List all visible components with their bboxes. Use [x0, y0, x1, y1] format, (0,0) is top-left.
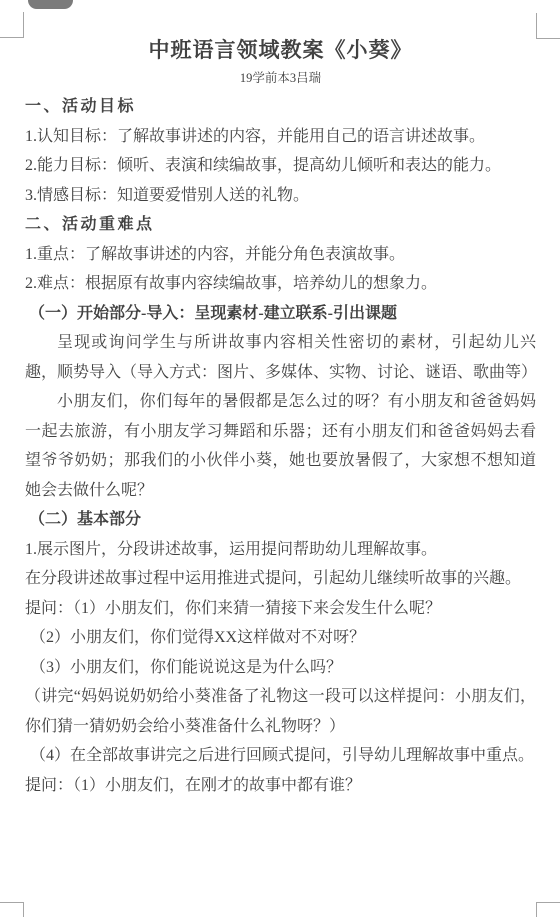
- subsection-heading-intro: （一）开始部分-导入：呈现素材-建立联系-引出课题: [25, 299, 536, 329]
- scan-artifact-pill: [28, 0, 73, 9]
- goal-cognitive: 1.认知目标：了解故事讲述的内容，并能用自己的语言讲述故事。: [25, 122, 536, 152]
- subsection-heading-main-part: （二）基本部分: [25, 505, 536, 535]
- crop-mark-bottom-right: [536, 902, 560, 917]
- doc-author: 19学前本3吕瑞: [25, 66, 536, 90]
- document-page: 中班语言领域教案《小葵》 19学前本3吕瑞 一、活动目标 1.认知目标：了解故事…: [0, 0, 560, 917]
- document-content: 中班语言领域教案《小葵》 19学前本3吕瑞 一、活动目标 1.认知目标：了解故事…: [25, 34, 536, 800]
- difficult-point: 2.难点：根据原有故事内容续编故事，培养幼儿的想象力。: [25, 269, 536, 299]
- goal-emotional: 3.情感目标：知道要爱惜别人送的礼物。: [25, 181, 536, 211]
- section-heading-activity-goals: 一、活动目标: [25, 92, 536, 122]
- question-3: （3）小朋友们，你们能说说这是为什么吗？: [25, 653, 536, 683]
- main-step-1-detail: 在分段讲述故事过程中运用推进式提问，引起幼儿继续听故事的兴趣。: [25, 564, 536, 594]
- doc-title: 中班语言领域教案《小葵》: [25, 34, 536, 66]
- goal-ability: 2.能力目标：倾听、表演和续编故事，提高幼儿倾听和表达的能力。: [25, 151, 536, 181]
- question-4: （4）在全部故事讲完之后进行回顾式提问，引导幼儿理解故事中重点。: [25, 741, 536, 771]
- question-example-note: （讲完“妈妈说奶奶给小葵准备了礼物这一段可以这样提问：小朋友们，你们猜一猜奶奶会…: [25, 682, 536, 741]
- crop-mark-bottom-left: [0, 902, 24, 917]
- question-1: 提问：（1）小朋友们，你们来猜一猜接下来会发生什么呢？: [25, 594, 536, 624]
- main-step-1: 1.展示图片，分段讲述故事，运用提问帮助幼儿理解故事。: [25, 535, 536, 565]
- key-point: 1.重点：了解故事讲述的内容，并能分角色表演故事。: [25, 240, 536, 270]
- intro-dialogue-paragraph: 小朋友们，你们每年的暑假都是怎么过的呀？有小朋友和爸爸妈妈一起去旅游，有小朋友学…: [25, 387, 536, 505]
- question-2: （2）小朋友们，你们觉得XX这样做对不对呀？: [25, 623, 536, 653]
- crop-mark-top-left: [0, 12, 24, 38]
- intro-method-paragraph: 呈现或询问学生与所讲故事内容相关性密切的素材，引起幼儿兴趣，顺势导入（导入方式：…: [25, 328, 536, 387]
- review-question-1: 提问：（1）小朋友们，在刚才的故事中都有谁？: [25, 771, 536, 801]
- crop-mark-top-right: [536, 13, 560, 39]
- section-heading-key-difficult-points: 二、活动重难点: [25, 210, 536, 240]
